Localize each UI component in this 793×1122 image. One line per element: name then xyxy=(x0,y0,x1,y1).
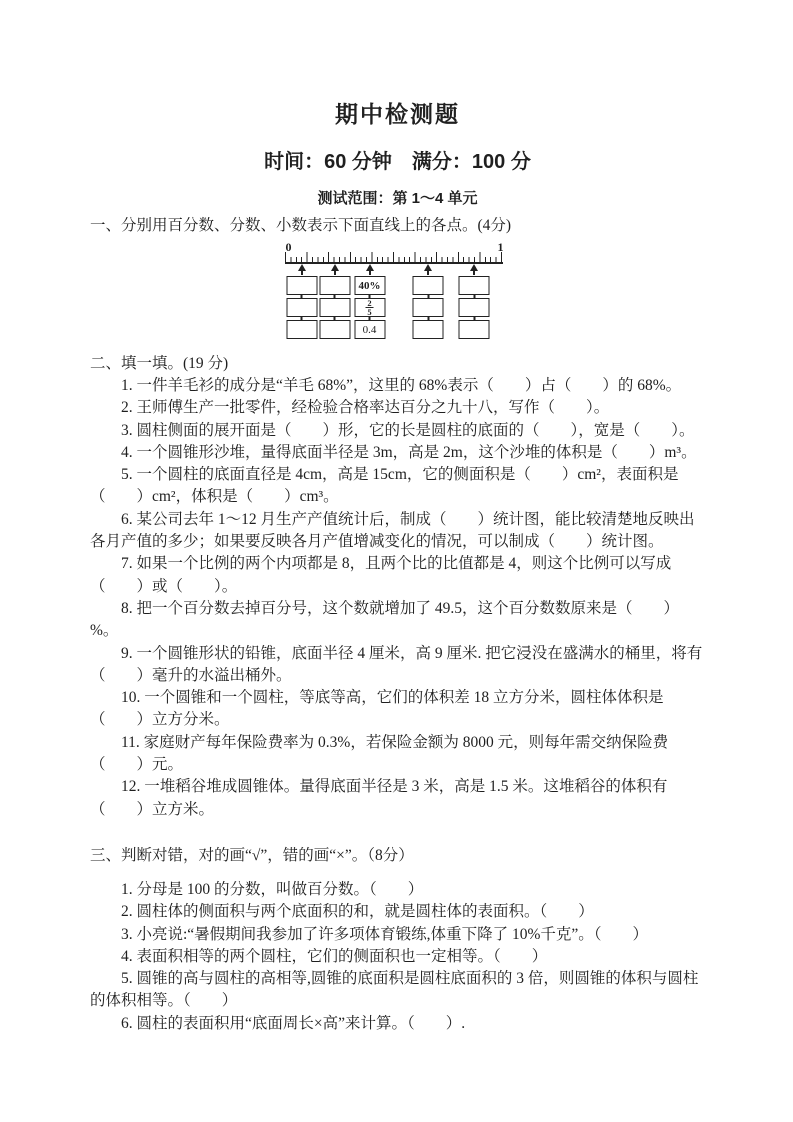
answer-box-empty xyxy=(286,276,317,295)
test-paper-page: 期中检测题 时间：60 分钟 满分：100 分 测试范围：第 1～4 单元 一、… xyxy=(0,0,793,1035)
fill-blank-item-9: 9. 一个圆锥形状的铅锥，底面半径 4 厘米，高 9 厘米. 把它浸没在盛满水的… xyxy=(90,643,705,688)
section3-heading: 三、判断对错，对的画“√”，错的画“×”。（8分） xyxy=(90,845,705,867)
judge-item-3: 3. 小亮说:“暑假期间我参加了许多项体育锻练,体重下降了 10%千克”。（ ） xyxy=(90,924,705,946)
answer-box-empty xyxy=(459,276,490,295)
judge-item-5: 5. 圆锥的高与圆柱的高相等,圆锥的底面积是圆柱底面积的 3 倍，则圆锥的体积与… xyxy=(90,968,705,1013)
fill-blank-item-2: 2. 王师傅生产一批零件，经检验合格率达百分之九十八，写作（ ）。 xyxy=(90,397,705,419)
answer-box-empty xyxy=(319,298,350,317)
exam-scope: 测试范围：第 1～4 单元 xyxy=(90,187,705,208)
point-arrow-2 xyxy=(331,264,339,275)
answer-box-empty xyxy=(286,320,317,339)
page-title: 期中检测题 xyxy=(90,96,705,129)
answer-box-empty xyxy=(413,320,444,339)
number-line-ruler xyxy=(285,251,503,264)
answer-column-2 xyxy=(319,276,350,339)
fill-blank-item-1: 1. 一件羊毛衫的成分是“羊毛 68%”，这里的 68%表示（ ）占（ ）的 6… xyxy=(90,375,705,397)
judge-item-1: 1. 分母是 100 的分数，叫做百分数。（ ） xyxy=(90,879,705,901)
fill-blank-item-12: 12. 一堆稻谷堆成圆锥体。量得底面半径是 3 米，高是 1.5 米。这堆稻谷的… xyxy=(90,776,705,821)
answer-column-3-example: 40% 2 5 0.4 xyxy=(354,276,385,339)
judge-item-2: 2. 圆柱体的侧面积与两个底面积的和，就是圆柱体的表面积。（ ） xyxy=(90,901,705,923)
number-line-diagram: 0 1 40% 2 5 0.4 xyxy=(285,244,503,341)
judge-item-4: 4. 表面积相等的两个圆柱，它们的侧面积也一定相等。（ ） xyxy=(90,946,705,968)
judge-item-6: 6. 圆柱的表面积用“底面周长×高”来计算。（ ）. xyxy=(90,1013,705,1035)
fill-blank-item-6: 6. 某公司去年 1～12 月生产产值统计后，制成（ ）统计图，能比较清楚地反映… xyxy=(90,509,705,554)
fill-blank-item-8: 8. 把一个百分数去掉百分号，这个数就增加了 49.5，这个百分数数原来是（ ）… xyxy=(90,598,705,643)
answer-box-empty xyxy=(413,276,444,295)
fraction-example-box: 2 5 xyxy=(354,298,385,317)
fill-blank-item-10: 10. 一个圆锥和一个圆柱，等底等高，它们的体积差 18 立方分米，圆柱体体积是… xyxy=(90,687,705,732)
fill-blank-item-11: 11. 家庭财产每年保险费率为 0.3%，若保险金额为 8000 元，则每年需交… xyxy=(90,732,705,777)
answer-column-5 xyxy=(459,276,490,339)
section2-heading: 二、填一填。(19 分) xyxy=(90,353,705,375)
answer-column-4 xyxy=(413,276,444,339)
fill-blank-item-3: 3. 圆柱侧面的展开面是（ ）形，它的长是圆柱的底面的（ ），宽是（ ）。 xyxy=(90,420,705,442)
point-arrow-5 xyxy=(470,264,478,275)
point-arrow-4 xyxy=(424,264,432,275)
answer-box-empty xyxy=(413,298,444,317)
fill-blank-item-5: 5. 一个圆柱的底面直径是 4cm，高是 15cm，它的侧面积是（ ）cm²，表… xyxy=(90,464,705,509)
point-arrow-1 xyxy=(298,264,306,275)
answer-box-empty xyxy=(459,320,490,339)
section1-heading: 一、分别用百分数、分数、小数表示下面直线上的各点。(4分) xyxy=(90,215,705,237)
exam-time-score: 时间：60 分钟 满分：100 分 xyxy=(90,145,705,174)
answer-column-1 xyxy=(286,276,317,339)
fill-blank-item-7: 7. 如果一个比例的两个内项都是 8，且两个比的比值都是 4，则这个比例可以写成… xyxy=(90,553,705,598)
answer-box-empty xyxy=(319,276,350,295)
percent-example-box: 40% xyxy=(354,276,385,295)
fill-blank-item-4: 4. 一个圆锥形沙堆，量得底面半径是 3m，高是 2m，这个沙堆的体积是（ ）m… xyxy=(90,442,705,464)
answer-box-empty xyxy=(286,298,317,317)
point-arrow-3 xyxy=(366,264,374,275)
fraction-value: 2 5 xyxy=(365,299,373,317)
answer-box-empty xyxy=(459,298,490,317)
decimal-example-box: 0.4 xyxy=(354,320,385,339)
answer-box-empty xyxy=(319,320,350,339)
